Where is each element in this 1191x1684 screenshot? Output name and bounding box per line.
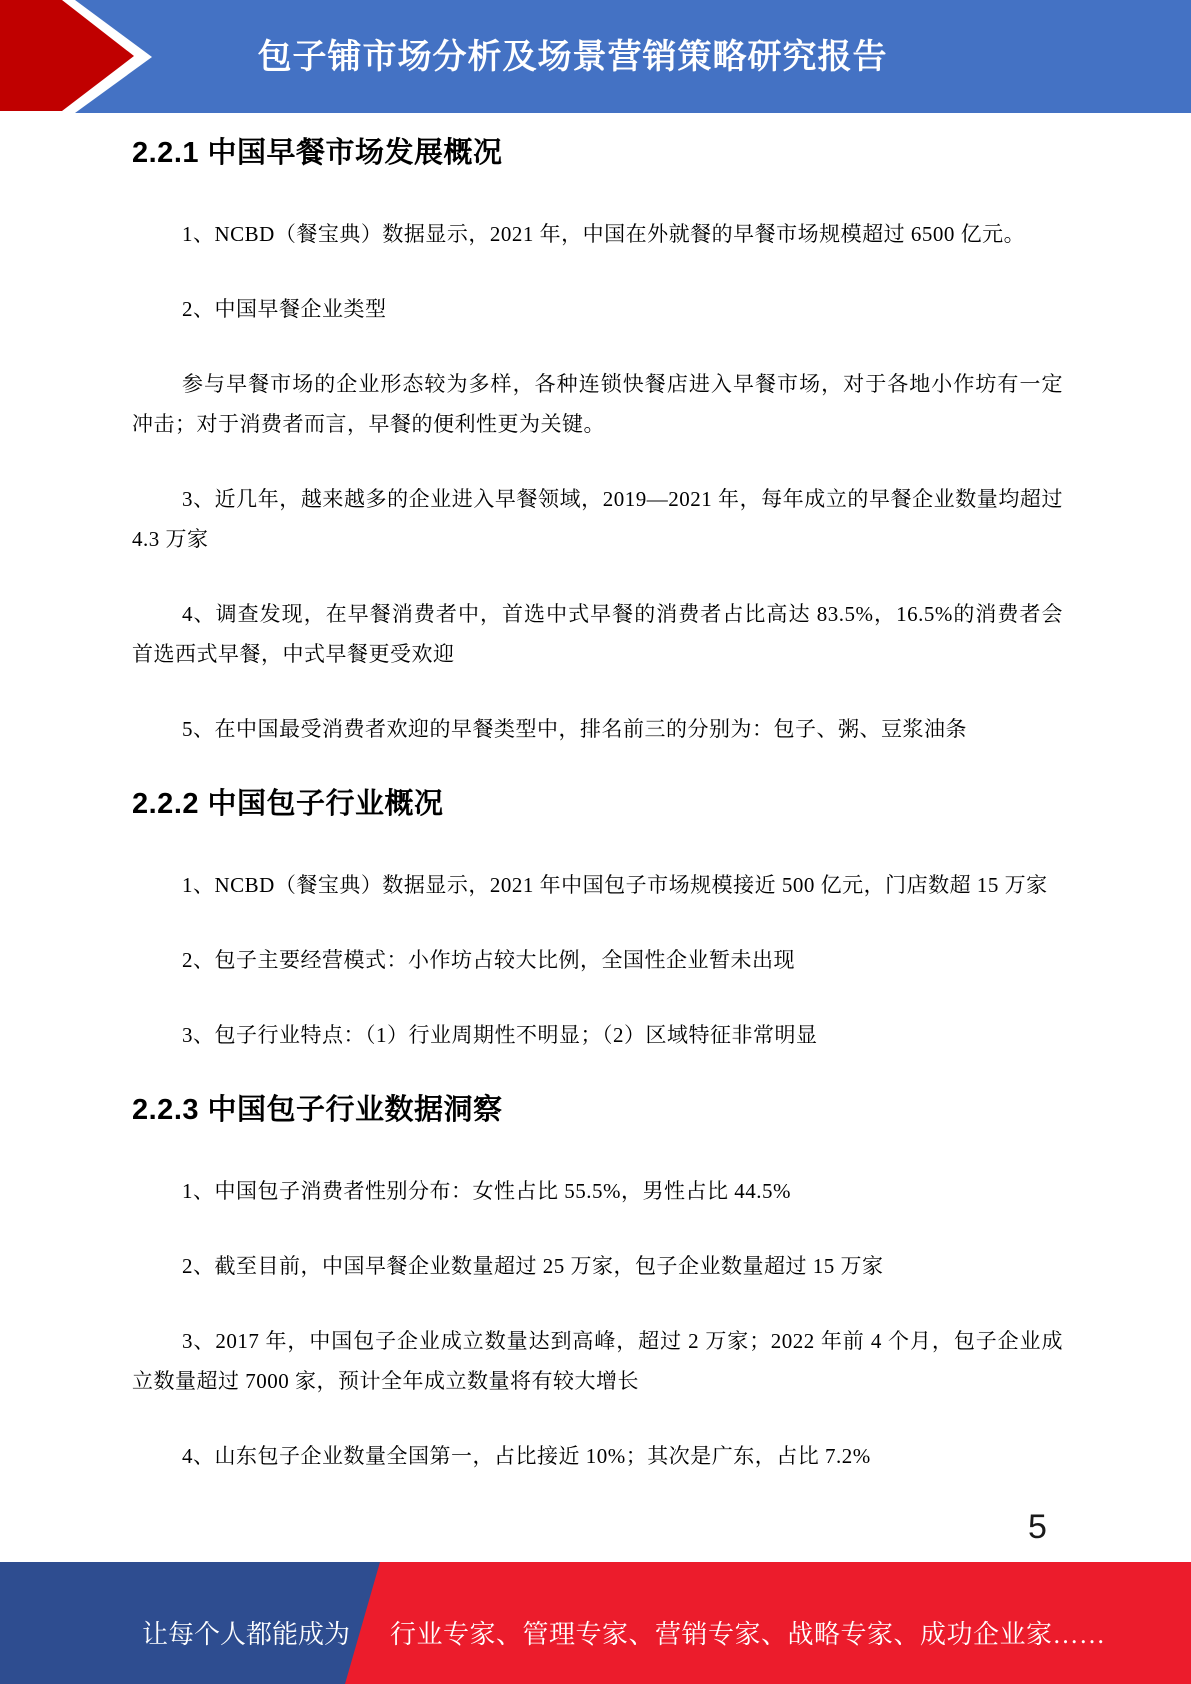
paragraph: 2、截至目前，中国早餐企业数量超过 25 万家，包子企业数量超过 15 万家 [132, 1246, 1063, 1286]
header-banner: 包子铺市场分析及场景营销策略研究报告 [0, 0, 1191, 113]
report-page: 包子铺市场分析及场景营销策略研究报告 2.2.1 中国早餐市场发展概况1、NCB… [0, 0, 1191, 1684]
chevron-arrow-icon [0, 0, 200, 113]
paragraph: 1、NCBD（餐宝典）数据显示，2021 年，中国在外就餐的早餐市场规模超过 6… [132, 214, 1063, 254]
paragraph: 2、包子主要经营模式：小作坊占较大比例，全国性企业暂未出现 [132, 940, 1063, 980]
paragraph: 3、近几年，越来越多的企业进入早餐领域，2019—2021 年，每年成立的早餐企… [132, 479, 1063, 559]
paragraph: 5、在中国最受消费者欢迎的早餐类型中，排名前三的分别为：包子、粥、豆浆油条 [132, 709, 1063, 749]
footer-slogan-right: 行业专家、管理专家、营销专家、战略专家、成功企业家…… [390, 1620, 1106, 1650]
paragraph: 3、2017 年，中国包子企业成立数量达到高峰，超过 2 万家；2022 年前 … [132, 1321, 1063, 1401]
paragraph: 4、山东包子企业数量全国第一，占比接近 10%；其次是广东，占比 7.2% [132, 1436, 1063, 1476]
footer-slogan-left: 让每个人都能成为 [142, 1620, 350, 1650]
section-heading: 2.2.1 中国早餐市场发展概况 [132, 133, 1063, 173]
document-body: 2.2.1 中国早餐市场发展概况1、NCBD（餐宝典）数据显示，2021 年，中… [132, 113, 1063, 1511]
paragraph: 4、调查发现，在早餐消费者中，首选中式早餐的消费者占比高达 83.5%，16.5… [132, 594, 1063, 674]
report-title: 包子铺市场分析及场景营销策略研究报告 [258, 29, 888, 78]
paragraph: 1、NCBD（餐宝典）数据显示，2021 年中国包子市场规模接近 500 亿元，… [132, 865, 1063, 905]
section-heading: 2.2.2 中国包子行业概况 [132, 784, 1063, 824]
section-heading: 2.2.3 中国包子行业数据洞察 [132, 1090, 1063, 1130]
paragraph: 3、包子行业特点：（1）行业周期性不明显；（2）区域特征非常明显 [132, 1015, 1063, 1055]
page-number: 5 [1028, 1508, 1047, 1547]
footer-banner: 让每个人都能成为 行业专家、管理专家、营销专家、战略专家、成功企业家…… [0, 1562, 1191, 1684]
paragraph: 1、中国包子消费者性别分布：女性占比 55.5%，男性占比 44.5% [132, 1171, 1063, 1211]
paragraph: 参与早餐市场的企业形态较为多样，各种连锁快餐店进入早餐市场，对于各地小作坊有一定… [132, 364, 1063, 444]
paragraph: 2、中国早餐企业类型 [132, 289, 1063, 329]
